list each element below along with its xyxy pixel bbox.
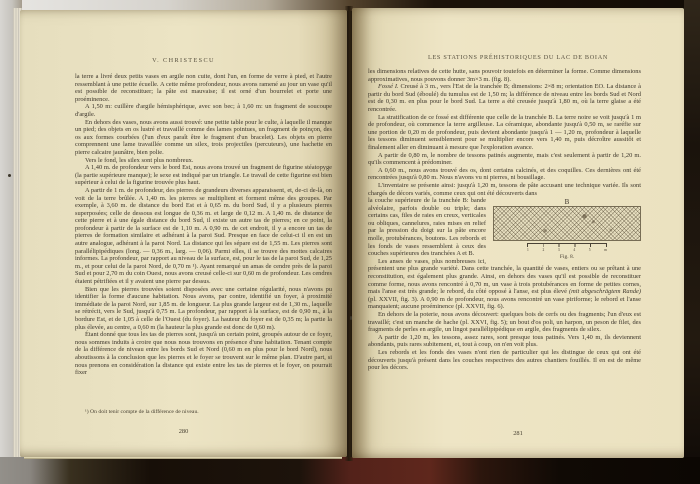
- paragraph: A partir de 1 m. de profondeur, des pier…: [75, 187, 332, 286]
- right-body-top: les dimensions relatives de cette hutte,…: [368, 68, 641, 182]
- scale-tick-label: 5: [589, 248, 591, 252]
- scale-tick-label: 3: [558, 248, 560, 252]
- scale-bar-line: [527, 243, 607, 247]
- running-header-left: V. CHRISTESCU: [20, 57, 347, 64]
- paragraph: Étant donné que tous les tas de pierres …: [75, 331, 332, 377]
- figure-scale-bar: 1 2 3 4 5 m: [527, 243, 607, 252]
- book-cover-edge-right: [684, 0, 700, 484]
- footnote: ¹) On doit tenir compte de la différence…: [85, 409, 325, 415]
- paragraph: La stratification de ce fossé est différ…: [368, 114, 641, 152]
- paragraph: les dimensions relatives de cette hutte,…: [368, 68, 641, 83]
- figure-caption: Fig. 8.: [493, 254, 641, 262]
- scale-unit-label: m: [604, 248, 607, 252]
- paragraph: la terre a livré deux petits vases en ar…: [75, 73, 332, 103]
- scale-tick-label: 2: [542, 248, 544, 252]
- figure-hatched-trench-plan: [493, 206, 641, 241]
- paragraph: Les anses de vases, plus nombreuses ici,…: [368, 258, 641, 311]
- paragraph: A partir de 0,80 m, le nombre de tessons…: [368, 152, 641, 167]
- paragraph: A partir de 1,20 m, les tessons, assez r…: [368, 334, 641, 349]
- paragraph: Les rebords et les fonds des vases n'ont…: [368, 349, 641, 372]
- paragraph: A 1,50 m: cuillère d'argile hémisphériqu…: [75, 103, 332, 118]
- scale-tick-label: 4: [573, 248, 575, 252]
- paragraph: En dehors des vases, nous avons aussi tr…: [75, 119, 332, 157]
- book-cover-edge-bottom: [0, 457, 700, 484]
- page-number-left: 280: [20, 428, 347, 435]
- left-page-paragraphs: la terre a livré deux petits vases en ar…: [75, 73, 332, 377]
- right-body-mid: L'inventaire se présente ainsi: jusqu'à …: [368, 182, 641, 197]
- book-page-right: LES STATIONS PRÉHISTORIQUES DU LAC DE BO…: [352, 8, 684, 458]
- paragraph: L'inventaire se présente ainsi: jusqu'à …: [368, 182, 641, 197]
- figure-trench-label: B: [493, 198, 641, 206]
- scale-tick-label: 1: [527, 248, 529, 252]
- paragraph: En dehors de la poterie, nous avons déco…: [368, 311, 641, 334]
- scale-bar-numbers: 1 2 3 4 5 m: [527, 248, 607, 252]
- left-page-body: la terre a livré deux petits vases en ar…: [75, 73, 332, 403]
- right-page-body: les dimensions relatives de cette hutte,…: [368, 68, 641, 436]
- paragraph: A 1,40 m. de profondeur vers le bord Est…: [75, 164, 332, 187]
- paragraph: Vers le fond, les silex sont plus nombre…: [75, 157, 332, 165]
- paragraph: Bien que les pierres trouvées soient dis…: [75, 286, 332, 332]
- paragraph: A 0,60 m., nous avons trouvé des os, don…: [368, 167, 641, 182]
- figure-8: B 1 2 3 4 5 m Fig. 8.: [493, 198, 641, 262]
- book-page-left: V. CHRISTESCU la terre a livré deux peti…: [20, 10, 347, 457]
- running-header-right: LES STATIONS PRÉHISTORIQUES DU LAC DE BO…: [352, 54, 684, 61]
- photo-speck: [8, 174, 11, 177]
- paragraph: Fossé I. Creusé à 3 m., vers l'Est de la…: [368, 83, 641, 113]
- page-number-right: 281: [352, 430, 684, 437]
